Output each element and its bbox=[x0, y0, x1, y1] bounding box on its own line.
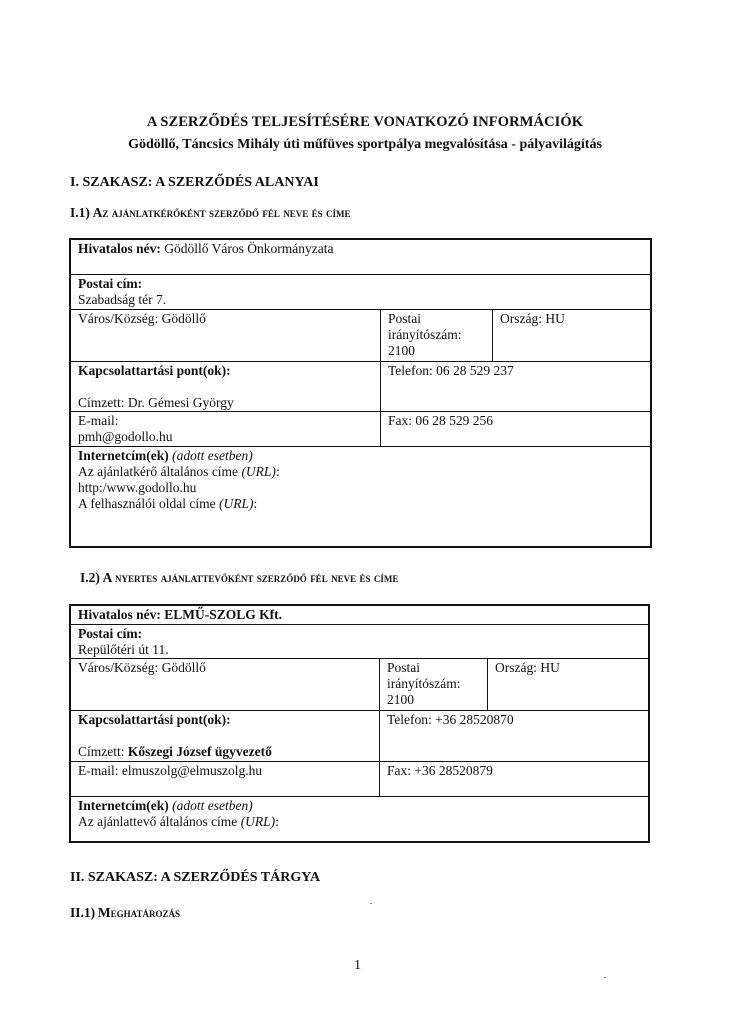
internet-note: (adott esetben) bbox=[172, 448, 253, 463]
winning-tenderer-table: Hivatalos név: ELMŰ-SZOLG Kft. Postai cí… bbox=[70, 605, 649, 842]
phone-value: 06 28 529 237 bbox=[436, 363, 514, 378]
postal-address-value: Szabadság tér 7. bbox=[78, 292, 644, 308]
fax-label-2: Fax: bbox=[387, 763, 411, 778]
phone-label-2: Telefon: bbox=[387, 712, 432, 727]
email-value[interactable]: pmh@godollo.hu bbox=[78, 429, 374, 445]
zip-value-2: 2100 bbox=[387, 692, 481, 708]
country-value: HU bbox=[545, 311, 565, 326]
official-name-label-2: Hivatalos név: bbox=[78, 607, 161, 622]
country-label: Ország: bbox=[500, 311, 542, 326]
fax-value-2: +36 28520879 bbox=[414, 763, 493, 778]
section-2-1-title: Meghatározás bbox=[98, 905, 180, 920]
official-name-cell: Hivatalos név: Gödöllő Város Önkormányza… bbox=[71, 240, 651, 275]
buyer-profile-line: A felhasználói oldal címe (URL): bbox=[78, 496, 644, 512]
official-name-label: Hivatalos név: bbox=[78, 241, 161, 256]
email-label-2: E-mail: bbox=[78, 763, 119, 778]
city-cell: Város/Község: Gödöllő bbox=[71, 310, 381, 362]
section-1-1-heading: I.1) Az ajánlatkérőként szerződő fél nev… bbox=[70, 205, 351, 221]
addressee: Címzett: Dr. Gémesi György bbox=[78, 395, 374, 411]
city-label: Város/Község: bbox=[78, 311, 158, 326]
email-row-2: E-mail: elmuszolg@elmuszolg.hu Fax: +36 … bbox=[71, 762, 649, 797]
official-name-row-2: Hivatalos név: ELMŰ-SZOLG Kft. bbox=[71, 606, 649, 625]
email-row: E-mail: pmh@godollo.hu Fax: 06 28 529 25… bbox=[71, 412, 651, 447]
zip-label-line1: Postai bbox=[388, 311, 486, 327]
buyer-profile-note: (URL) bbox=[219, 496, 254, 511]
contact-row-2: Kapcsolattartási pont(ok): Címzett: Kősz… bbox=[71, 711, 649, 762]
internet-cell: Internetcím(ek) (adott esetben) Az ajánl… bbox=[71, 447, 651, 547]
postal-address-row-2: Postai cím: Repülőtéri út 11. bbox=[71, 625, 649, 659]
country-cell-2: Ország: HU bbox=[488, 659, 649, 711]
zip-label-line1-2: Postai bbox=[387, 660, 481, 676]
city-row-2: Város/Község: Gödöllő Postai irányítószá… bbox=[71, 659, 649, 711]
general-url-label: Az ajánlatkérő általános címe bbox=[78, 464, 238, 479]
postal-address-label: Postai cím: bbox=[78, 276, 644, 292]
postal-address-label-2: Postai cím: bbox=[78, 626, 642, 642]
contact-row: Kapcsolattartási pont(ok): Címzett: Dr. … bbox=[71, 362, 651, 412]
section-1-2-title: A nyertes ajánlattevőként szerződő fél n… bbox=[103, 570, 399, 585]
city-row: Város/Község: Gödöllő Postai irányítószá… bbox=[71, 310, 651, 362]
contracting-authority-table: Hivatalos név: Gödöllő Város Önkormányza… bbox=[70, 239, 651, 547]
section-2-1-heading: II.1) Meghatározás bbox=[70, 905, 180, 921]
internet-heading-2: Internetcím(ek) (adott esetben) bbox=[78, 798, 642, 814]
email-value-2[interactable]: elmuszolg@elmuszolg.hu bbox=[122, 763, 262, 778]
zip-label-line2: irányítószám: bbox=[388, 327, 486, 343]
postal-address-cell: Postai cím: Szabadság tér 7. bbox=[71, 275, 651, 310]
scan-speck bbox=[370, 903, 372, 904]
phone-label: Telefon: bbox=[388, 363, 433, 378]
internet-row-2: Internetcím(ek) (adott esetben) Az ajánl… bbox=[71, 797, 649, 842]
postal-address-value-2: Repülőtéri út 11. bbox=[78, 642, 642, 658]
city-value-2: Gödöllő bbox=[162, 660, 206, 675]
general-url-note: (URL) bbox=[241, 464, 276, 479]
phone-cell-2: Telefon: +36 28520870 bbox=[380, 711, 649, 762]
internet-label: Internetcím(ek) bbox=[78, 448, 169, 463]
buyer-profile-label: A felhasználói oldal címe bbox=[78, 496, 216, 511]
internet-cell-2: Internetcím(ek) (adott esetben) Az ajánl… bbox=[71, 797, 649, 842]
official-name-row: Hivatalos név: Gödöllő Város Önkormányza… bbox=[71, 240, 651, 275]
official-name-value-2: ELMŰ-SZOLG Kft. bbox=[164, 607, 282, 622]
contact-cell: Kapcsolattartási pont(ok): Címzett: Dr. … bbox=[71, 362, 381, 412]
zip-label-line2-2: irányítószám: bbox=[387, 676, 481, 692]
fax-cell: Fax: 06 28 529 256 bbox=[381, 412, 651, 447]
city-cell-2: Város/Község: Gödöllő bbox=[71, 659, 380, 711]
city-value: Gödöllő bbox=[162, 311, 206, 326]
official-name-cell-2: Hivatalos név: ELMŰ-SZOLG Kft. bbox=[71, 606, 649, 625]
phone-value-2: +36 28520870 bbox=[435, 712, 514, 727]
official-name-value: Gödöllő Város Önkormányzata bbox=[164, 241, 333, 256]
fax-value: 06 28 529 256 bbox=[415, 413, 493, 428]
addressee-label-2: Címzett: bbox=[78, 744, 125, 759]
city-label-2: Város/Község: bbox=[78, 660, 158, 675]
country-value-2: HU bbox=[540, 660, 560, 675]
document-title: A SZERZŐDÉS TELJESÍTÉSÉRE VONATKOZÓ INFO… bbox=[0, 114, 730, 131]
section-1-1-title: Az ajánlatkérőként szerződő fél neve és … bbox=[93, 205, 351, 220]
country-label-2: Ország: bbox=[495, 660, 537, 675]
zip-value: 2100 bbox=[388, 343, 486, 359]
fax-cell-2: Fax: +36 28520879 bbox=[380, 762, 649, 797]
general-url-line-2: Az ajánlattevő általános címe (URL): bbox=[78, 814, 642, 830]
document-subtitle: Gödöllő, Táncsics Mihály úti műfüves spo… bbox=[0, 137, 730, 153]
country-cell: Ország: HU bbox=[493, 310, 651, 362]
addressee-label: Címzett: bbox=[78, 395, 125, 410]
fax-label: Fax: bbox=[388, 413, 412, 428]
section-2-1-number: II.1) bbox=[70, 905, 95, 920]
general-url-note-2: (URL) bbox=[241, 814, 276, 829]
addressee-2: Címzett: Kőszegi József ügyvezető bbox=[78, 744, 373, 760]
zip-cell-2: Postai irányítószám: 2100 bbox=[380, 659, 488, 711]
internet-label-2: Internetcím(ek) bbox=[78, 798, 169, 813]
internet-note-2: (adott esetben) bbox=[172, 798, 253, 813]
internet-row: Internetcím(ek) (adott esetben) Az ajánl… bbox=[71, 447, 651, 547]
phone-cell: Telefon: 06 28 529 237 bbox=[381, 362, 651, 412]
general-url-label-2: Az ajánlattevő általános címe bbox=[78, 814, 237, 829]
postal-address-row: Postai cím: Szabadság tér 7. bbox=[71, 275, 651, 310]
contact-label: Kapcsolattartási pont(ok): bbox=[78, 363, 374, 379]
section-1-1-number: I.1) bbox=[70, 205, 90, 220]
addressee-value: Dr. Gémesi György bbox=[128, 395, 234, 410]
zip-cell: Postai irányítószám: 2100 bbox=[381, 310, 493, 362]
addressee-value-2: Kőszegi József ügyvezető bbox=[128, 744, 272, 759]
email-cell-2: E-mail: elmuszolg@elmuszolg.hu bbox=[71, 762, 380, 797]
contact-cell-2: Kapcsolattartási pont(ok): Címzett: Kősz… bbox=[71, 711, 380, 762]
section-1-heading: I. SZAKASZ: A SZERZŐDÉS ALANYAI bbox=[70, 175, 319, 191]
scan-speck bbox=[604, 977, 606, 978]
page-number: 1 bbox=[0, 958, 715, 974]
section-2-heading: II. SZAKASZ: A SZERZŐDÉS TÁRGYA bbox=[70, 870, 320, 886]
internet-heading: Internetcím(ek) (adott esetben) bbox=[78, 448, 644, 464]
email-label: E-mail: bbox=[78, 413, 374, 429]
postal-address-cell-2: Postai cím: Repülőtéri út 11. bbox=[71, 625, 649, 659]
section-1-2-heading: I.2) A nyertes ajánlattevőként szerződő … bbox=[80, 570, 398, 586]
general-url-value[interactable]: http:/www.godollo.hu bbox=[78, 480, 644, 496]
email-cell: E-mail: pmh@godollo.hu bbox=[71, 412, 381, 447]
contact-label-2: Kapcsolattartási pont(ok): bbox=[78, 712, 373, 728]
section-1-2-number: I.2) bbox=[80, 570, 100, 585]
general-url-line: Az ajánlatkérő általános címe (URL): bbox=[78, 464, 644, 480]
